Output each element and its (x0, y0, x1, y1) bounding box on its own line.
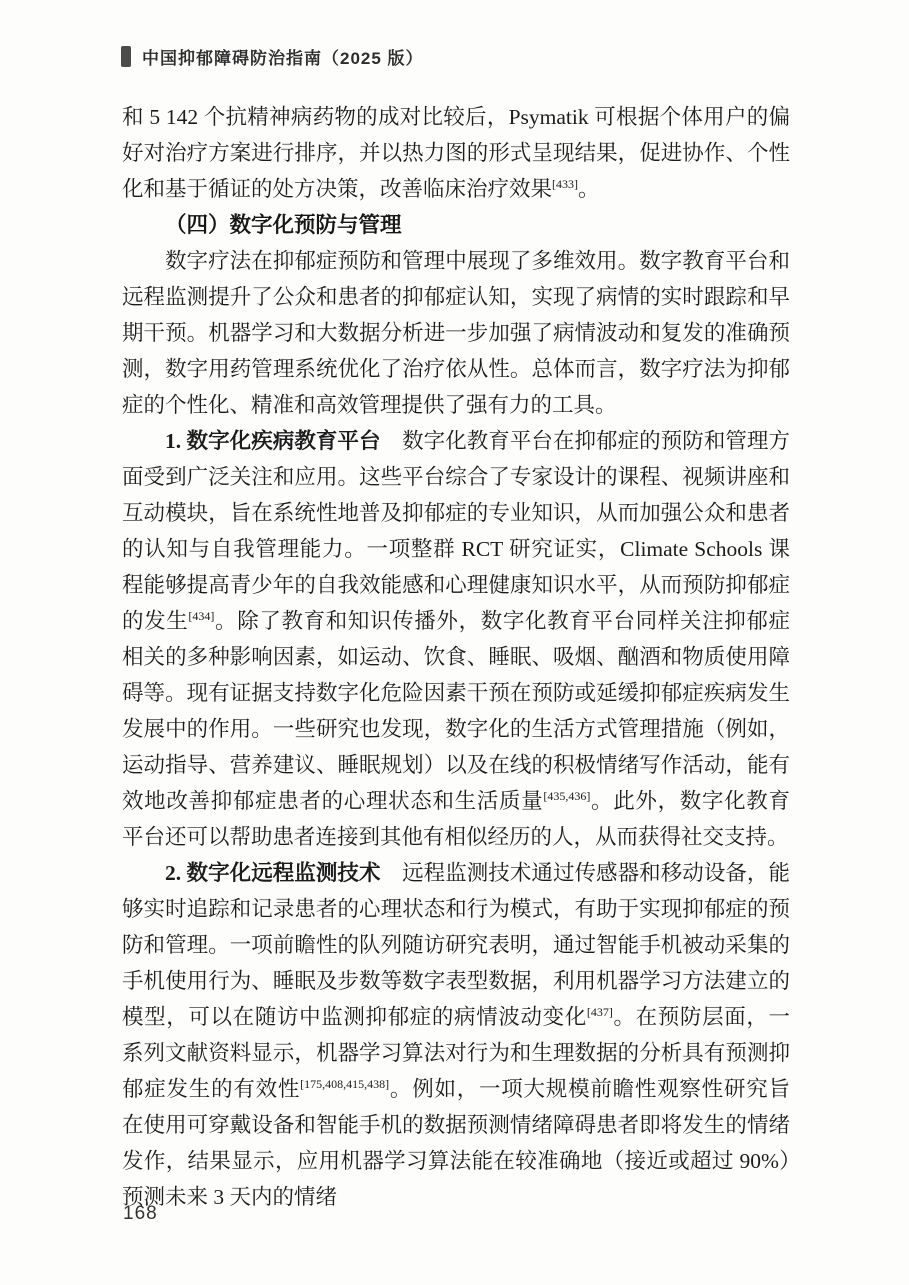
running-head: 中国抑郁障碍防治指南（2025 版） (121, 44, 424, 69)
run-in-heading: 1. 数字化疾病教育平台 (165, 429, 381, 453)
paragraph-overview: 数字疗法在抑郁症预防和管理中展现了多维效用。数字教育平台和远程监测提升了公众和患… (122, 243, 790, 423)
citation-reference: [435,436] (543, 789, 590, 803)
run-in-heading: 2. 数字化远程监测技术 (165, 861, 381, 885)
citation-reference: [434] (188, 609, 214, 623)
text-run: 和 5 142 个抗精神病药物的成对比较后，Psymatik 可根据个体用户的偏… (122, 105, 790, 201)
text-run: 。 (578, 177, 600, 201)
section-heading: （四）数字化预防与管理 (122, 207, 790, 243)
page-number: 168 (123, 1203, 158, 1225)
document-page: 中国抑郁障碍防治指南（2025 版） 和 5 142 个抗精神病药物的成对比较后… (0, 0, 909, 1285)
text-run: 数字化教育平台在抑郁症的预防和管理方面受到广泛关注和应用。这些平台综合了专家设计… (122, 429, 790, 633)
citation-reference: [437] (587, 1005, 613, 1019)
book-spine-icon (121, 46, 131, 67)
paragraph-continuation: 和 5 142 个抗精神病药物的成对比较后，Psymatik 可根据个体用户的偏… (122, 99, 790, 207)
text-run: （四）数字化预防与管理 (165, 213, 402, 237)
citation-reference: [175,408,415,438] (300, 1077, 389, 1091)
paragraph-item-1: 1. 数字化疾病教育平台 数字化教育平台在抑郁症的预防和管理方面受到广泛关注和应… (122, 423, 790, 855)
text-run: 。除了教育和知识传播外，数字化教育平台同样关注抑郁症相关的多种影响因素，如运动、… (122, 609, 790, 813)
text-run: 数字疗法在抑郁症预防和管理中展现了多维效用。数字教育平台和远程监测提升了公众和患… (122, 249, 790, 417)
text-run: 远程监测技术通过传感器和移动设备，能够实时追踪和记录患者的心理状态和行为模式，有… (122, 861, 790, 1029)
citation-reference: [433] (552, 177, 578, 191)
paragraph-item-2: 2. 数字化远程监测技术 远程监测技术通过传感器和移动设备，能够实时追踪和记录患… (122, 855, 790, 1215)
running-head-title: 中国抑郁障碍防治指南（2025 版） (142, 44, 424, 69)
document-body: 和 5 142 个抗精神病药物的成对比较后，Psymatik 可根据个体用户的偏… (122, 99, 790, 1215)
